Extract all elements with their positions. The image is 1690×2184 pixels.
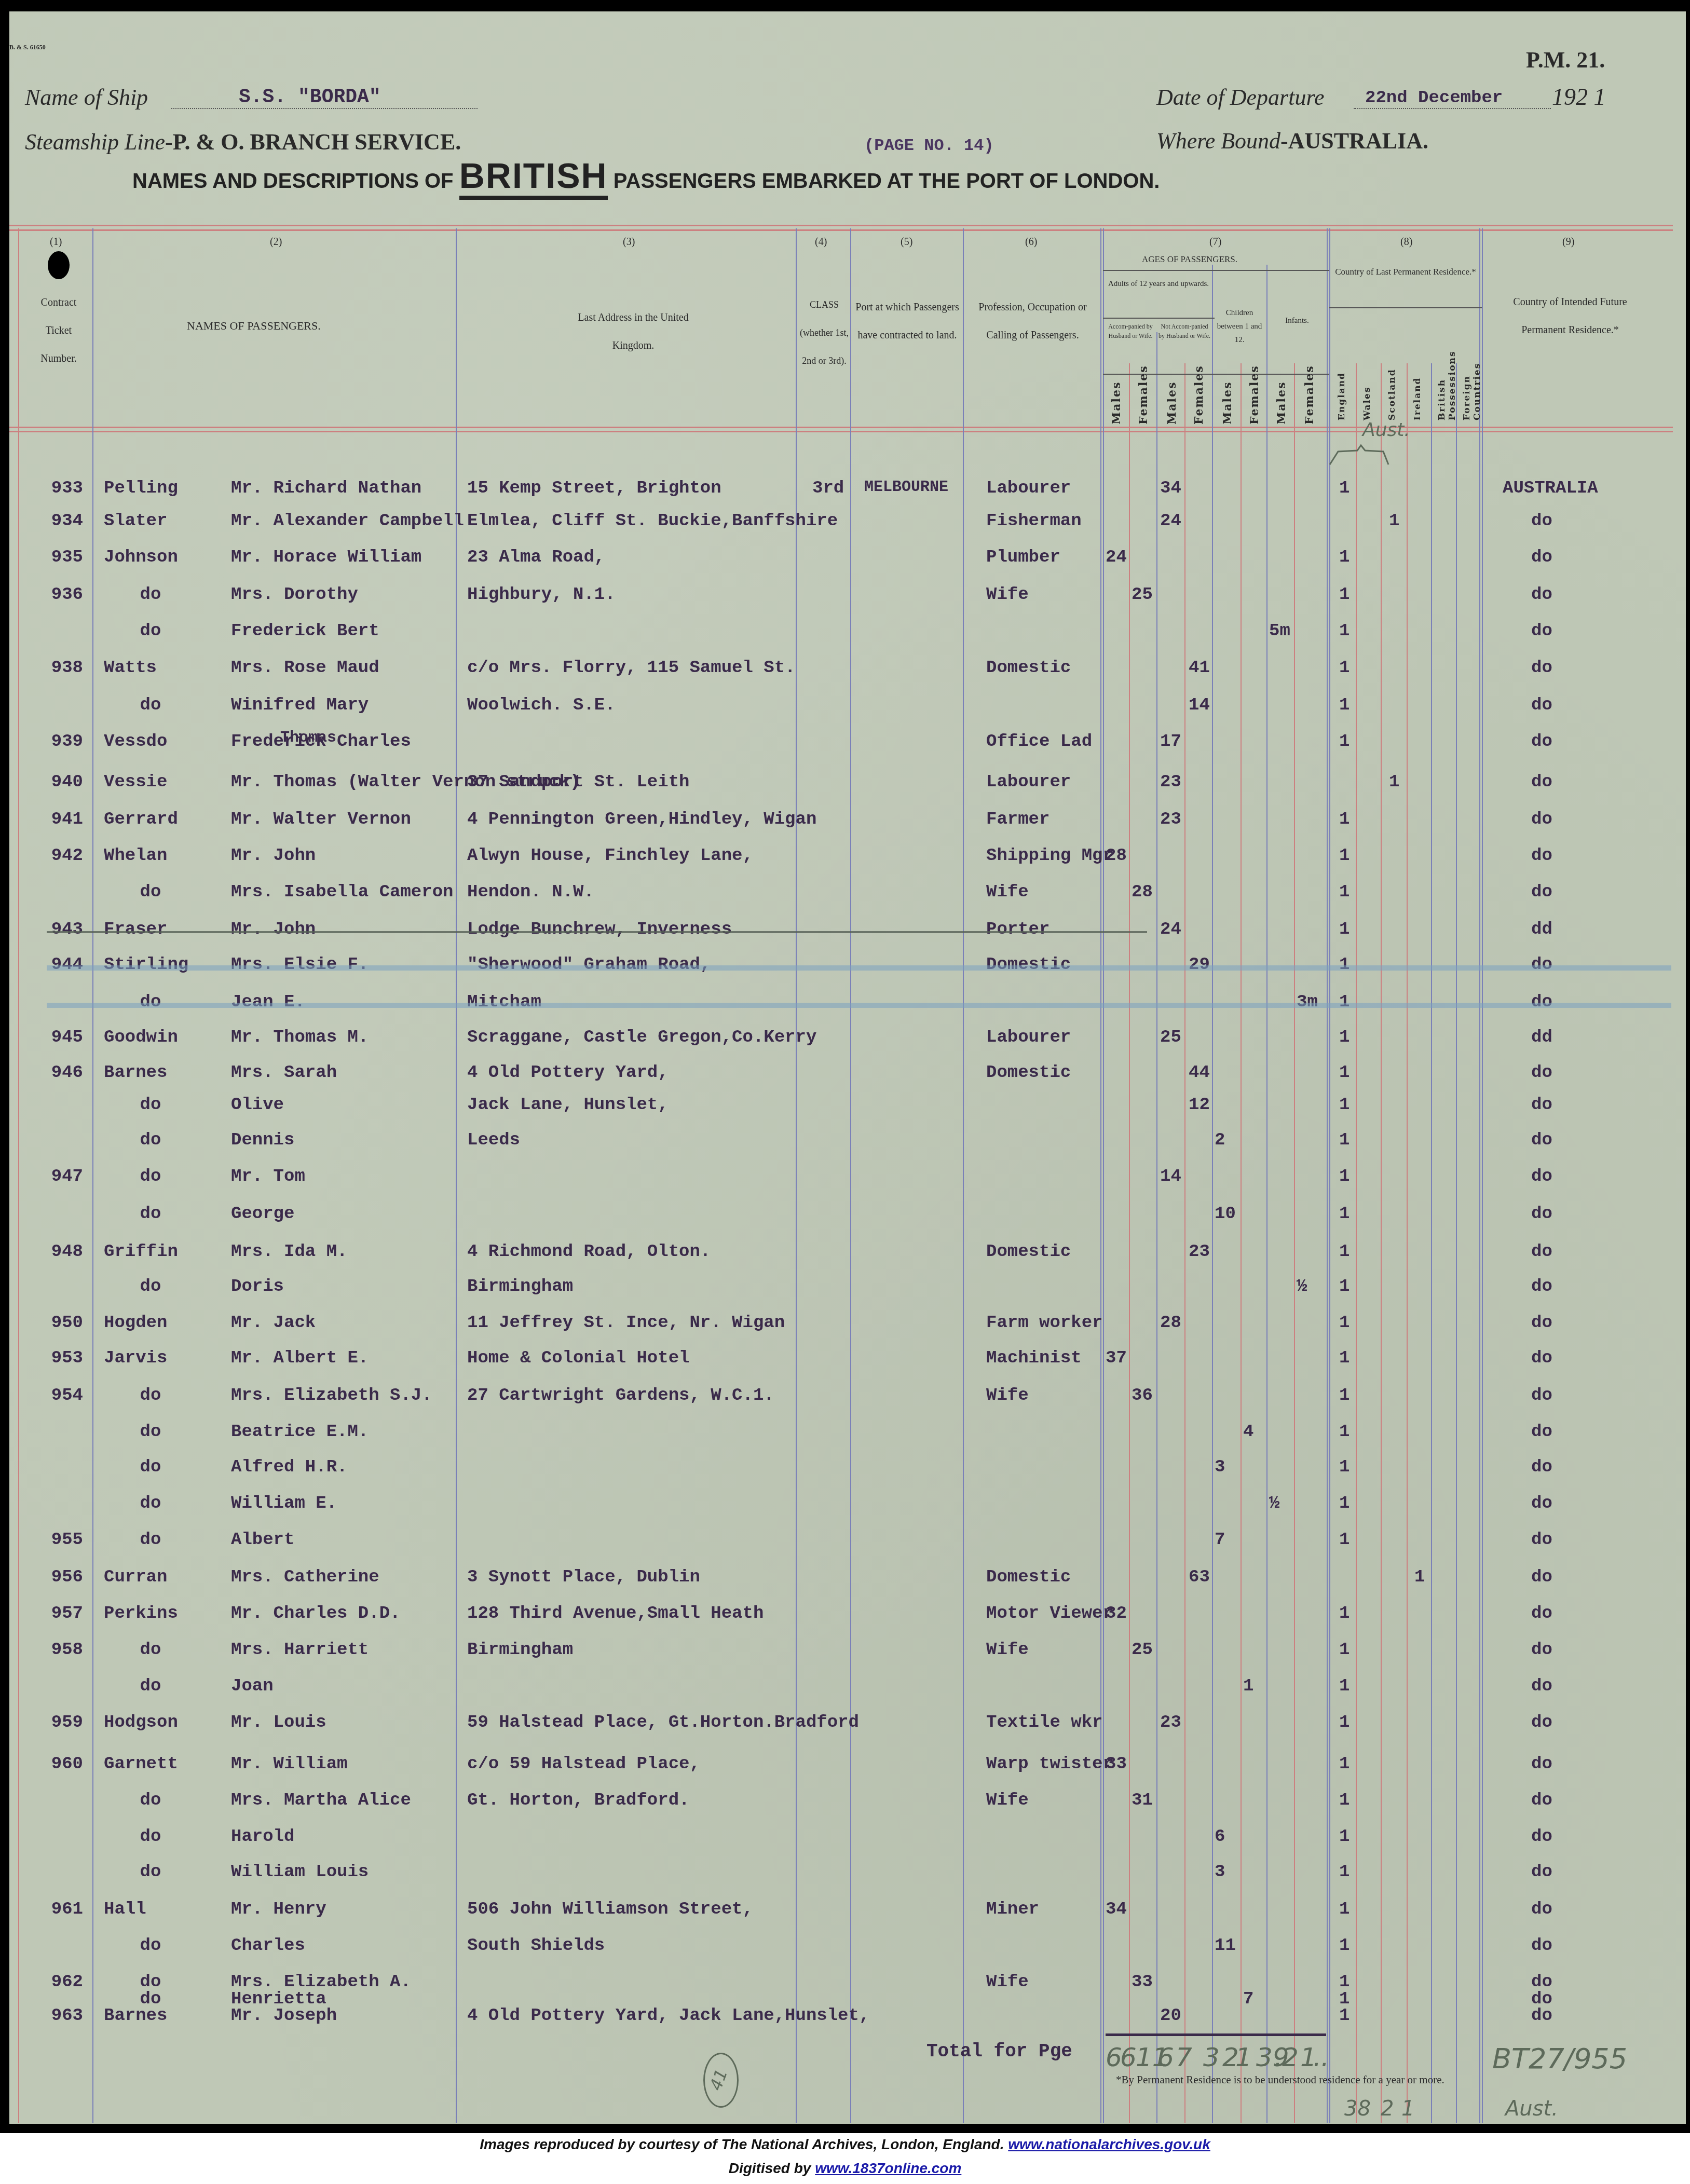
given-names: Jean E. — [231, 992, 305, 1012]
ticket-number: 936 — [26, 585, 83, 605]
residence-mark: 1 — [1339, 1204, 1350, 1224]
res-england: England — [1337, 317, 1347, 420]
residence-mark: 1 — [1339, 1936, 1350, 1956]
age: 24 — [1160, 920, 1181, 939]
surname: do — [104, 1386, 197, 1405]
surname: do — [104, 992, 197, 1012]
ticket-number: 943 — [26, 920, 83, 939]
credit-footer: Images reproduced by courtesy of The Nat… — [0, 2133, 1690, 2184]
intended-residence: do — [1531, 1530, 1552, 1550]
res-foreign-countries: Foreign Countries — [1462, 317, 1482, 420]
rule-age-2 — [1156, 332, 1157, 2123]
total-figure: 3 — [1203, 2042, 1220, 2072]
age: 5m — [1269, 621, 1290, 641]
given-names: Harold — [231, 1827, 294, 1847]
given-names: Mr. Richard Nathan — [231, 479, 421, 498]
occupation: Wife — [986, 1386, 1029, 1405]
ticket-number: 963 — [26, 2006, 83, 2026]
total-figure: . — [1321, 2042, 1329, 2072]
residence-mark: 1 — [1339, 846, 1350, 866]
surname: Garnett — [104, 1754, 197, 1774]
given-names: Mrs. Sarah — [231, 1063, 337, 1083]
occupation: Labourer — [986, 772, 1071, 792]
given-names: Mr. Alexander Campbell — [231, 511, 464, 531]
age: 34 — [1160, 479, 1181, 498]
surname: do — [104, 1494, 197, 1513]
occupation: Miner — [986, 1900, 1039, 1919]
residence-mark: 1 — [1339, 1348, 1350, 1368]
total-figure: 7 — [1176, 2042, 1192, 2072]
given-names: William Louis — [231, 1862, 369, 1882]
surname: do — [104, 1827, 197, 1847]
given-names: Olive — [231, 1095, 284, 1115]
intended-residence: do — [1531, 1676, 1552, 1696]
steamship-line-label: Steamship Line- — [25, 129, 173, 155]
rule-age-5 — [1241, 363, 1242, 2123]
sub-males-4: Males — [1275, 379, 1288, 425]
ticket-number: 950 — [26, 1313, 83, 1333]
given-names: Mr. Charles D.D. — [231, 1604, 400, 1623]
ticket-number: 945 — [26, 1028, 83, 1047]
intended-residence: do — [1531, 732, 1552, 752]
age: 17 — [1160, 732, 1181, 752]
ticket-number: 942 — [26, 846, 83, 866]
ticket-number: 953 — [26, 1348, 83, 1368]
surname: Perkins — [104, 1604, 197, 1623]
steamship-line: Steamship Line-P. & O. BRANCH SERVICE. — [25, 129, 461, 155]
residence-mark: 1 — [1339, 1313, 1350, 1333]
res-scotland: Scotland — [1387, 317, 1397, 420]
form-reference: P.M. 21. — [1526, 47, 1605, 73]
age: 11 — [1215, 1936, 1236, 1956]
col7-number: (7) — [1209, 236, 1221, 248]
occupation: Wife — [986, 1640, 1029, 1660]
sub-females-3: Females — [1248, 379, 1261, 425]
intended-residence: do — [1531, 1167, 1552, 1186]
residence-mark: 1 — [1339, 1530, 1350, 1550]
given-names: Doris — [231, 1277, 284, 1296]
where-bound: Where Bound-AUSTRALIA. — [1156, 128, 1428, 154]
surname: Vessie — [104, 772, 197, 792]
intended-residence: do — [1531, 1277, 1552, 1296]
sub-females-1: Females — [1137, 379, 1150, 425]
ticket-number: 960 — [26, 1754, 83, 1774]
occupation: Domestic — [986, 1063, 1071, 1083]
residence-mark: 1 — [1339, 1676, 1350, 1696]
last-address: "Sherwood" Graham Road, — [467, 955, 711, 975]
total-figure: . — [1313, 2042, 1321, 2072]
adults-rule — [1103, 318, 1215, 319]
totals-line2-england: 38 — [1344, 2097, 1371, 2121]
intended-residence: do — [1531, 1604, 1552, 1623]
ticket-number: 948 — [26, 1242, 83, 1262]
given-names: Winifred Mary — [231, 695, 369, 715]
header-bottom-rule-2 — [9, 431, 1673, 432]
ticket-number: 957 — [26, 1604, 83, 1623]
not-accompanied-header: Not Accom-panied by Husband or Wife. — [1157, 322, 1211, 340]
ticket-number: 933 — [26, 479, 83, 498]
rule-c7b — [1329, 228, 1330, 2123]
intended-residence: do — [1531, 511, 1552, 531]
col6-header: Profession, Occupation or Calling of Pas… — [966, 293, 1099, 349]
last-address: c/o Mrs. Florry, 115 Samuel St. — [467, 658, 796, 678]
intended-residence: do — [1531, 1936, 1552, 1956]
intended-residence: do — [1531, 810, 1552, 829]
residence-mark: 1 — [1339, 1494, 1350, 1513]
last-address: Alwyn House, Finchley Lane, — [467, 846, 753, 866]
residence-mark: 1 — [1339, 882, 1350, 902]
surname: do — [104, 695, 197, 715]
last-address: Scraggane, Castle Gregon,Co.Kerry — [467, 1028, 816, 1047]
age: 29 — [1189, 955, 1210, 975]
adults-header: Adults of 12 years and upwards. — [1107, 278, 1210, 290]
age: ½ — [1297, 1277, 1307, 1296]
departure-date: 22nd December — [1365, 88, 1503, 108]
header-bottom-rule — [9, 427, 1673, 428]
intended-residence: do — [1531, 1386, 1552, 1405]
steamship-line-value: P. & O. BRANCH SERVICE. — [173, 129, 461, 155]
last-address: 4 Pennington Green,Hindley, Wigan — [467, 810, 816, 829]
residence-mark: 1 — [1339, 1754, 1350, 1774]
res-wales: Wales — [1362, 317, 1372, 420]
surname: Fraser — [104, 920, 197, 939]
last-address: 4 Old Pottery Yard, Jack Lane,Hunslet, — [467, 2006, 869, 2026]
col5-number: (5) — [901, 236, 912, 248]
age: 1 — [1243, 1676, 1253, 1696]
surname: Whelan — [104, 846, 197, 866]
residence-rule — [1329, 307, 1482, 308]
last-address: 59 Halstead Place, Gt.Horton.Bradford — [467, 1713, 859, 1732]
col1-number: (1) — [50, 236, 62, 248]
residence-mark: 1 — [1339, 920, 1350, 939]
national-archives-link[interactable]: www.nationalarchives.gov.uk — [1008, 2136, 1210, 2152]
digitised-text: Digitised by — [729, 2160, 811, 2176]
surname: do — [104, 1791, 197, 1810]
last-address: Mitcham — [467, 992, 541, 1012]
residence-mark: 1 — [1339, 1457, 1350, 1477]
given-names: Mr. Tom — [231, 1167, 305, 1186]
surname: Curran — [104, 1567, 197, 1587]
age: 28 — [1132, 882, 1153, 902]
total-figure: 2 — [1282, 2042, 1299, 2072]
rule-c1 — [92, 228, 93, 2123]
blue-strike-through — [47, 965, 1671, 971]
ticket-number: 958 — [26, 1640, 83, 1660]
given-names: Mr. Jack — [231, 1313, 316, 1333]
col8-header: Country of Last Permanent Residence.* — [1333, 262, 1478, 282]
surname: Griffin — [104, 1242, 197, 1262]
age: 3m — [1297, 992, 1318, 1012]
col9-number: (9) — [1562, 236, 1574, 248]
given-names: Mrs. Rose Maud — [231, 658, 379, 678]
occupation: Office Lad — [986, 732, 1092, 752]
total-figure: 1 — [1235, 2042, 1252, 2072]
where-bound-label: Where Bound- — [1156, 128, 1288, 154]
col1-header: Contract Ticket Number. — [28, 289, 89, 373]
col4-number: (4) — [815, 236, 827, 248]
last-address: Birmingham — [467, 1277, 573, 1296]
rule-res-1 — [1356, 363, 1357, 2123]
age: 3 — [1215, 1457, 1225, 1477]
given-names: George — [231, 1204, 294, 1224]
last-address: 506 John Williamson Street, — [467, 1900, 753, 1919]
given-names: Beatrice E.M. — [231, 1422, 369, 1442]
age: 28 — [1106, 846, 1127, 866]
given-names: Mr. Joseph — [231, 2006, 337, 2026]
age: 4 — [1243, 1422, 1253, 1442]
total-figure: . — [1274, 2042, 1283, 2072]
occupation: Domestic — [986, 1567, 1071, 1587]
rule-c7 — [1327, 228, 1328, 2123]
intended-residence: do — [1531, 1130, 1552, 1150]
intended-residence: do — [1531, 1204, 1552, 1224]
age: 10 — [1215, 1204, 1236, 1224]
given-names: Albert — [231, 1530, 294, 1550]
last-address: Woolwich. S.E. — [467, 695, 616, 715]
intended-residence: do — [1531, 1494, 1552, 1513]
residence-mark: 1 — [1414, 1567, 1425, 1587]
intended-residence: do — [1531, 1900, 1552, 1919]
residence-mark: 1 — [1339, 621, 1350, 641]
surname: Johnson — [104, 548, 197, 567]
given-names: Charles — [231, 1936, 305, 1956]
ticket-number: 955 — [26, 1530, 83, 1550]
col4-header: CLASS (whether 1st, 2nd or 3rd). — [798, 291, 850, 375]
surname: Vessdo — [104, 732, 197, 752]
aust-bottom-annotation: Aust. — [1505, 2097, 1558, 2121]
children-header: Children between 1 and 12. — [1214, 306, 1265, 347]
surname: Goodwin — [104, 1028, 197, 1047]
age: 3 — [1215, 1862, 1225, 1882]
sub-females-2: Females — [1192, 379, 1206, 425]
rule-age-1 — [1129, 363, 1130, 2123]
intended-residence: do — [1531, 1313, 1552, 1333]
age: 37 — [1106, 1348, 1127, 1368]
col2-number: (2) — [270, 236, 282, 248]
last-address: 3 Synott Place, Dublin — [467, 1567, 700, 1587]
occupation: Fisherman — [986, 511, 1082, 531]
ticket-number: 944 — [26, 955, 83, 975]
occupation: Machinist — [986, 1348, 1082, 1368]
surname: do — [104, 1130, 197, 1150]
age: 33 — [1106, 1754, 1127, 1774]
intended-residence: dd — [1531, 920, 1552, 939]
occupation: Porter — [986, 920, 1050, 939]
credit-line: Images reproduced by courtesy of The Nat… — [0, 2136, 1690, 2153]
surname: Hodgson — [104, 1713, 197, 1732]
last-address: Highbury, N.1. — [467, 585, 616, 605]
residence-mark: 1 — [1339, 585, 1350, 605]
ticket-number: 962 — [26, 1972, 83, 1992]
intended-residence: do — [1531, 621, 1552, 641]
residence-mark: 1 — [1339, 1095, 1350, 1115]
age: 24 — [1160, 511, 1181, 531]
departure-date-underline — [1354, 108, 1551, 109]
digitised-line: Digitised by www.1837online.com — [0, 2160, 1690, 2177]
age: 23 — [1160, 772, 1181, 792]
occupation: Labourer — [986, 479, 1071, 498]
title-prefix: NAMES AND DESCRIPTIONS OF — [132, 170, 454, 193]
table-top-rule-2 — [9, 229, 1673, 231]
surname: do — [104, 1167, 197, 1186]
title-suffix: PASSENGERS EMBARKED AT THE PORT OF LONDO… — [614, 170, 1160, 193]
ticket-number: 947 — [26, 1167, 83, 1186]
intended-residence: do — [1531, 955, 1552, 975]
residence-mark: 1 — [1339, 479, 1350, 498]
age: 2 — [1215, 1130, 1225, 1150]
residence-mark: 1 — [1339, 1242, 1350, 1262]
given-names: Mr. Thomas M. — [231, 1028, 369, 1047]
total-label: Total for Pge — [926, 2041, 1072, 2062]
residence-mark: 1 — [1389, 772, 1399, 792]
occupation: Shipping Mgr — [986, 846, 1113, 866]
passenger-class: 3rd — [812, 479, 844, 498]
age: 31 — [1132, 1791, 1153, 1810]
accompanied-header: Accom-panied by Husband or Wife. — [1105, 322, 1156, 340]
col5-header: Port at which Passengers have contracted… — [855, 293, 959, 349]
surname: Watts — [104, 658, 197, 678]
occupation: Domestic — [986, 1242, 1071, 1262]
age: 63 — [1189, 1567, 1210, 1587]
intended-residence: do — [1531, 1422, 1552, 1442]
surname: Pelling — [104, 479, 197, 498]
given-names: Mrs. Harriett — [231, 1640, 369, 1660]
occupation: Warp twister — [986, 1754, 1113, 1774]
age: 25 — [1160, 1028, 1181, 1047]
occupation: Domestic — [986, 955, 1071, 975]
intended-residence: do — [1531, 1640, 1552, 1660]
ship-name: S.S. "BORDA" — [239, 86, 381, 108]
given-names: Mr. Louis — [231, 1713, 326, 1732]
residence-mark: 1 — [1339, 1640, 1350, 1660]
age: 23 — [1160, 810, 1181, 829]
last-address: Home & Colonial Hotel — [467, 1348, 689, 1368]
surname: do — [104, 1936, 197, 1956]
ship-name-label: Name of Ship — [25, 84, 148, 111]
footnote: *By Permanent Residence is to be underst… — [1116, 2073, 1444, 2086]
occupation: Domestic — [986, 658, 1071, 678]
rule-res-5 — [1456, 363, 1457, 2123]
sub-females-4: Females — [1303, 379, 1316, 425]
last-address: 15 Kemp Street, Brighton — [467, 479, 721, 498]
residence-mark: 1 — [1339, 1862, 1350, 1882]
residence-mark: 1 — [1339, 1713, 1350, 1732]
residence-mark: 1 — [1389, 511, 1399, 531]
last-address: 4 Richmond Road, Olton. — [467, 1242, 711, 1262]
surname: Slater — [104, 511, 197, 531]
last-address: Leeds — [467, 1130, 520, 1150]
occupation: Farm worker — [986, 1313, 1102, 1333]
rule-c8 — [1479, 228, 1480, 2123]
residence-mark: 1 — [1339, 992, 1350, 1012]
residence-mark: 1 — [1339, 1028, 1350, 1047]
age: 14 — [1160, 1167, 1181, 1186]
last-address: Hendon. N.W. — [467, 882, 594, 902]
surname: do — [104, 1640, 197, 1660]
online-1837-link[interactable]: www.1837online.com — [815, 2160, 961, 2176]
thomas-insertion: Thomas — [280, 729, 336, 747]
intended-residence: do — [1531, 585, 1552, 605]
ticket-number: 941 — [26, 810, 83, 829]
residence-mark: 1 — [1339, 548, 1350, 567]
intended-residence: do — [1531, 1242, 1552, 1262]
sub-males-2: Males — [1165, 379, 1179, 425]
surname: Hogden — [104, 1313, 197, 1333]
residence-mark: 1 — [1339, 695, 1350, 715]
residence-mark: 1 — [1339, 1386, 1350, 1405]
where-bound-value: AUSTRALIA. — [1288, 128, 1428, 154]
ticket-number: 959 — [26, 1713, 83, 1732]
table-top-rule — [9, 225, 1673, 226]
surname: do — [104, 1095, 197, 1115]
age: 24 — [1106, 548, 1127, 567]
given-names: Mr. Walter Vernon — [231, 810, 411, 829]
age: 12 — [1189, 1095, 1210, 1115]
surname: do — [104, 1676, 197, 1696]
age: 33 — [1132, 1972, 1153, 1992]
occupation: Textile wkr — [986, 1713, 1102, 1732]
page-number: (PAGE NO. 14) — [864, 136, 994, 155]
surname: do — [104, 1457, 197, 1477]
sub-males-3: Males — [1221, 379, 1234, 425]
departure-date-label: Date of Departure — [1156, 84, 1324, 111]
occupation: Wife — [986, 1972, 1029, 1992]
residence-mark: 1 — [1339, 1130, 1350, 1150]
intended-residence: do — [1531, 1862, 1552, 1882]
residence-mark: 1 — [1339, 810, 1350, 829]
age: 6 — [1215, 1827, 1225, 1847]
occupation: Wife — [986, 1791, 1029, 1810]
age: 7 — [1243, 1989, 1253, 2009]
surname: do — [104, 1422, 197, 1442]
given-names: William E. — [231, 1494, 337, 1513]
intended-residence: dd — [1531, 1028, 1552, 1047]
intended-residence: do — [1531, 992, 1552, 1012]
aust-annotation: Aust. — [1362, 419, 1410, 441]
infants-header: Infants. — [1269, 317, 1326, 325]
last-address: Birmingham — [467, 1640, 573, 1660]
circled-folio: 41 — [703, 2053, 739, 2108]
surname: do — [104, 585, 197, 605]
residence-mark: 1 — [1339, 1900, 1350, 1919]
surname: Hall — [104, 1900, 197, 1919]
last-address: Lodge Bunchrew, Inverness — [467, 920, 732, 939]
surname: Stirling — [104, 955, 197, 975]
archive-reference: BT27/955 — [1492, 2042, 1627, 2075]
age: 28 — [1160, 1313, 1181, 1333]
col7-header: AGES OF PASSENGERS. — [1142, 254, 1237, 265]
ticket-number: 934 — [26, 511, 83, 531]
col9-header: Country of Intended Future Permanent Res… — [1500, 288, 1640, 344]
age: ½ — [1269, 1494, 1279, 1513]
residence-mark: 1 — [1339, 1604, 1350, 1623]
credit-text: Images reproduced by courtesy of The Nat… — [480, 2136, 1004, 2152]
ticket-number: 940 — [26, 772, 83, 792]
ticket-number: 935 — [26, 548, 83, 567]
residence-mark: 1 — [1339, 1791, 1350, 1810]
given-names: Mr. William — [231, 1754, 347, 1774]
surname: Jarvis — [104, 1348, 197, 1368]
age: 23 — [1189, 1242, 1210, 1262]
age: 32 — [1106, 1604, 1127, 1623]
intended-residence: do — [1531, 1063, 1552, 1083]
residence-mark: 1 — [1339, 1422, 1350, 1442]
rule-margin — [18, 228, 19, 2123]
given-names: Mrs. Catherine — [231, 1567, 379, 1587]
residence-mark: 1 — [1339, 1277, 1350, 1296]
last-address: South Shields — [467, 1936, 605, 1956]
totals-line2-scotland: 2 — [1381, 2097, 1394, 2121]
